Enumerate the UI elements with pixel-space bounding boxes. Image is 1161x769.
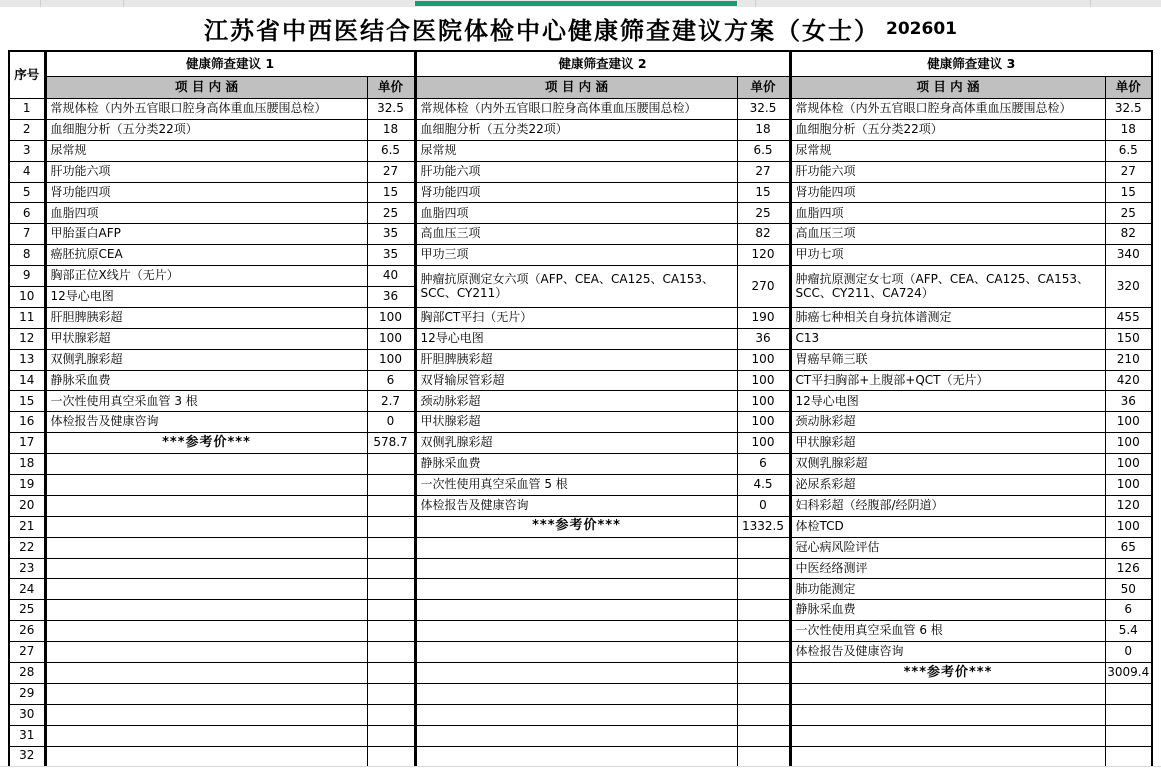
item-cell[interactable]: 冠心病风险评估	[790, 537, 1105, 558]
row-number[interactable]: 17	[9, 433, 45, 454]
price-cell[interactable]: 126	[1105, 558, 1152, 579]
reference-price-label[interactable]: ***参考价***	[45, 433, 367, 454]
price-cell[interactable]	[737, 621, 790, 642]
price-cell[interactable]	[367, 495, 415, 516]
price-cell[interactable]	[367, 600, 415, 621]
row-number[interactable]: 11	[9, 307, 45, 328]
price-cell[interactable]: 6.5	[367, 140, 415, 161]
item-cell[interactable]: 颈动脉彩超	[415, 391, 737, 412]
item-cell[interactable]	[415, 725, 737, 746]
row-number[interactable]: 7	[9, 224, 45, 245]
price-cell[interactable]: 15	[367, 182, 415, 203]
page-title-code: 202601	[886, 19, 957, 39]
sheet-title-row: 江苏省中西医结合医院体检中心健康筛查建议方案（女士） 202601	[0, 7, 1161, 50]
price-cell[interactable]: 100	[737, 391, 790, 412]
row-number[interactable]: 19	[9, 475, 45, 496]
item-cell[interactable]: 双侧乳腺彩超	[45, 349, 367, 370]
price-cell[interactable]: 120	[1105, 495, 1152, 516]
price-cell[interactable]: 320	[1105, 266, 1152, 308]
price-cell[interactable]: 36	[737, 328, 790, 349]
row-number[interactable]: 8	[9, 245, 45, 266]
price-cell[interactable]	[367, 746, 415, 767]
group1-price-header[interactable]: 单价	[367, 77, 415, 99]
item-cell[interactable]: 一次性使用真空采血管 6 根	[790, 621, 1105, 642]
price-cell[interactable]	[367, 725, 415, 746]
price-cell[interactable]: 15	[1105, 182, 1152, 203]
item-cell[interactable]: 常规体检（内外五官眼口腔身高体重血压腰围总检）	[790, 99, 1105, 120]
item-cell[interactable]: 12导心电图	[45, 287, 367, 308]
item-cell[interactable]: 甲功七项	[790, 245, 1105, 266]
item-cell[interactable]: 体检TCD	[790, 516, 1105, 537]
row-number[interactable]: 23	[9, 558, 45, 579]
price-cell[interactable]	[737, 704, 790, 725]
item-cell[interactable]	[415, 746, 737, 767]
reference-price-value[interactable]: 578.7	[367, 433, 415, 454]
item-cell[interactable]	[45, 495, 367, 516]
item-cell[interactable]: 常规体检（内外五官眼口腔身高体重血压腰围总检）	[415, 99, 737, 120]
row-number[interactable]: 31	[9, 725, 45, 746]
price-cell[interactable]: 25	[1105, 203, 1152, 224]
item-cell[interactable]: 妇科彩超（经腹部/经阴道）	[790, 495, 1105, 516]
reference-price-label[interactable]: ***参考价***	[790, 663, 1105, 684]
item-cell[interactable]: 甲状腺彩超	[45, 328, 367, 349]
row-number[interactable]: 4	[9, 161, 45, 182]
gridline-tick	[40, 0, 41, 7]
item-cell[interactable]	[45, 579, 367, 600]
reference-price-value[interactable]: 3009.4	[1105, 663, 1152, 684]
price-cell[interactable]	[737, 663, 790, 684]
item-cell[interactable]: 泌尿系彩超	[790, 475, 1105, 496]
price-cell[interactable]: 6.5	[737, 140, 790, 161]
price-cell[interactable]	[1105, 704, 1152, 725]
price-cell[interactable]	[737, 725, 790, 746]
item-cell[interactable]: 静脉采血费	[790, 600, 1105, 621]
price-cell[interactable]: 35	[367, 224, 415, 245]
item-cell[interactable]: 癌胚抗原CEA	[45, 245, 367, 266]
row-number[interactable]: 12	[9, 328, 45, 349]
item-cell[interactable]	[45, 600, 367, 621]
row-number[interactable]: 5	[9, 182, 45, 203]
item-cell[interactable]: 体检报告及健康咨询	[790, 642, 1105, 663]
item-cell[interactable]	[415, 537, 737, 558]
row-number[interactable]: 28	[9, 663, 45, 684]
item-cell[interactable]	[45, 663, 367, 684]
top-green-progress-bar	[415, 1, 737, 6]
item-cell[interactable]: 双肾输尿管彩超	[415, 370, 737, 391]
row-number[interactable]: 9	[9, 266, 45, 287]
price-cell[interactable]: 27	[367, 161, 415, 182]
item-cell[interactable]	[415, 600, 737, 621]
price-cell[interactable]: 0	[1105, 642, 1152, 663]
price-cell[interactable]: 100	[1105, 412, 1152, 433]
item-cell[interactable]: 血脂四项	[45, 203, 367, 224]
item-cell[interactable]	[790, 725, 1105, 746]
price-cell[interactable]: 100	[737, 433, 790, 454]
item-cell[interactable]	[45, 683, 367, 704]
price-cell[interactable]: 100	[367, 328, 415, 349]
price-cell[interactable]: 36	[1105, 391, 1152, 412]
item-cell[interactable]: 血细胞分析（五分类22项）	[45, 119, 367, 140]
price-cell[interactable]: 4.5	[737, 475, 790, 496]
row-number[interactable]: 13	[9, 349, 45, 370]
price-cell[interactable]: 32.5	[1105, 99, 1152, 120]
group2-price-header[interactable]: 单价	[737, 77, 790, 99]
price-cell[interactable]: 100	[367, 349, 415, 370]
price-cell[interactable]: 340	[1105, 245, 1152, 266]
price-cell[interactable]: 35	[367, 245, 415, 266]
price-cell[interactable]	[737, 642, 790, 663]
price-cell[interactable]	[367, 704, 415, 725]
price-cell[interactable]: 25	[367, 203, 415, 224]
item-cell[interactable]: 肿瘤抗原测定女七项（AFP、CEA、CA125、CA153、SCC、CY211、…	[790, 266, 1105, 308]
item-cell[interactable]: 尿常规	[45, 140, 367, 161]
row-number[interactable]: 30	[9, 704, 45, 725]
item-cell[interactable]: 静脉采血费	[415, 454, 737, 475]
item-cell[interactable]: 肾功能四项	[790, 182, 1105, 203]
price-cell[interactable]	[367, 663, 415, 684]
item-cell[interactable]: 双侧乳腺彩超	[790, 454, 1105, 475]
price-cell[interactable]: 82	[1105, 224, 1152, 245]
price-cell[interactable]	[367, 475, 415, 496]
price-cell[interactable]	[737, 558, 790, 579]
item-cell[interactable]: 常规体检（内外五官眼口腔身高体重血压腰围总检）	[45, 99, 367, 120]
item-cell[interactable]: 甲状腺彩超	[415, 412, 737, 433]
item-cell[interactable]: 肺功能测定	[790, 579, 1105, 600]
item-cell[interactable]: 体检报告及健康咨询	[415, 495, 737, 516]
item-cell[interactable]	[45, 558, 367, 579]
item-cell[interactable]	[45, 746, 367, 767]
item-cell[interactable]	[45, 454, 367, 475]
price-cell[interactable]: 6.5	[1105, 140, 1152, 161]
price-cell[interactable]: 0	[367, 412, 415, 433]
row-number[interactable]: 14	[9, 370, 45, 391]
group1-item-header[interactable]: 项 目 内 涵	[45, 77, 367, 99]
row-number[interactable]: 27	[9, 642, 45, 663]
item-cell[interactable]	[415, 642, 737, 663]
price-cell[interactable]	[367, 537, 415, 558]
price-cell[interactable]: 40	[367, 266, 415, 287]
price-cell[interactable]	[367, 621, 415, 642]
price-cell[interactable]: 420	[1105, 370, 1152, 391]
price-cell[interactable]: 32.5	[367, 99, 415, 120]
price-cell[interactable]: 150	[1105, 328, 1152, 349]
price-cell[interactable]: 6	[367, 370, 415, 391]
item-cell[interactable]: 肿瘤抗原测定女六项（AFP、CEA、CA125、CA153、SCC、CY211）	[415, 266, 737, 308]
row-number[interactable]: 1	[9, 99, 45, 120]
price-cell[interactable]	[1105, 746, 1152, 767]
price-cell[interactable]: 15	[737, 182, 790, 203]
gridline-tick	[755, 0, 756, 7]
item-cell[interactable]: 中医经络测评	[790, 558, 1105, 579]
item-cell[interactable]: 双侧乳腺彩超	[415, 433, 737, 454]
item-cell[interactable]: 高血压三项	[790, 224, 1105, 245]
item-cell[interactable]: 血细胞分析（五分类22项）	[790, 119, 1105, 140]
price-cell[interactable]: 6	[1105, 600, 1152, 621]
price-cell[interactable]: 18	[737, 119, 790, 140]
row-number[interactable]: 16	[9, 412, 45, 433]
item-cell[interactable]: 一次性使用真空采血管 5 根	[415, 475, 737, 496]
price-cell[interactable]: 6	[737, 454, 790, 475]
item-cell[interactable]: 肝功能六项	[45, 161, 367, 182]
page-title: 江苏省中西医结合医院体检中心健康筛查建议方案（女士）	[204, 11, 880, 46]
price-cell[interactable]	[367, 683, 415, 704]
item-cell[interactable]	[45, 725, 367, 746]
price-cell[interactable]	[737, 683, 790, 704]
item-cell[interactable]: 一次性使用真空采血管 3 根	[45, 391, 367, 412]
row-number[interactable]: 21	[9, 516, 45, 537]
price-cell[interactable]: 32.5	[737, 99, 790, 120]
item-cell[interactable]: 肝胆脾胰彩超	[415, 349, 737, 370]
price-cell[interactable]	[737, 600, 790, 621]
price-cell[interactable]: 100	[737, 370, 790, 391]
price-cell[interactable]	[367, 516, 415, 537]
item-cell[interactable]: 高血压三项	[415, 224, 737, 245]
item-cell[interactable]	[415, 683, 737, 704]
row-number[interactable]: 32	[9, 746, 45, 767]
item-cell[interactable]	[415, 704, 737, 725]
item-cell[interactable]: 肾功能四项	[415, 182, 737, 203]
price-cell[interactable]: 65	[1105, 537, 1152, 558]
group1-title[interactable]: 健康筛查建议 1	[45, 51, 415, 77]
price-cell[interactable]: 27	[1105, 161, 1152, 182]
item-cell[interactable]: 甲状腺彩超	[790, 433, 1105, 454]
item-cell[interactable]	[45, 704, 367, 725]
price-cell[interactable]: 100	[1105, 516, 1152, 537]
row-number[interactable]: 2	[9, 119, 45, 140]
price-cell[interactable]: 455	[1105, 307, 1152, 328]
price-cell[interactable]	[367, 454, 415, 475]
price-cell[interactable]: 0	[737, 495, 790, 516]
item-cell[interactable]	[45, 537, 367, 558]
price-cell[interactable]: 50	[1105, 579, 1152, 600]
price-cell[interactable]: 36	[367, 287, 415, 308]
item-cell[interactable]: 12导心电图	[790, 391, 1105, 412]
item-cell[interactable]: 肝胆脾胰彩超	[45, 307, 367, 328]
item-cell[interactable]: 颈动脉彩超	[790, 412, 1105, 433]
price-cell[interactable]: 120	[737, 245, 790, 266]
price-cell[interactable]	[367, 558, 415, 579]
price-cell[interactable]: 18	[367, 119, 415, 140]
item-cell[interactable]: 肝功能六项	[415, 161, 737, 182]
price-cell[interactable]	[367, 642, 415, 663]
item-cell[interactable]: 甲功三项	[415, 245, 737, 266]
item-cell[interactable]	[45, 516, 367, 537]
row-number[interactable]: 24	[9, 579, 45, 600]
price-cell[interactable]: 82	[737, 224, 790, 245]
item-cell[interactable]: 胸部正位X线片（无片）	[45, 266, 367, 287]
price-cell[interactable]: 100	[1105, 454, 1152, 475]
price-cell[interactable]: 25	[737, 203, 790, 224]
row-number[interactable]: 20	[9, 495, 45, 516]
item-cell[interactable]: 静脉采血费	[45, 370, 367, 391]
price-cell[interactable]: 190	[737, 307, 790, 328]
reference-price-value[interactable]: 1332.5	[737, 516, 790, 537]
group3-item-header[interactable]: 项 目 内 涵	[790, 77, 1105, 99]
item-cell[interactable]: 血脂四项	[415, 203, 737, 224]
item-cell[interactable]	[790, 704, 1105, 725]
price-cell[interactable]: 27	[737, 161, 790, 182]
price-cell[interactable]: 18	[1105, 119, 1152, 140]
item-cell[interactable]: 体检报告及健康咨询	[45, 412, 367, 433]
item-cell[interactable]	[45, 642, 367, 663]
item-cell[interactable]	[415, 579, 737, 600]
item-cell[interactable]: 胸部CT平扫（无片）	[415, 307, 737, 328]
item-cell[interactable]	[790, 746, 1105, 767]
row-number[interactable]: 10	[9, 287, 45, 308]
gridline-tick	[1090, 0, 1091, 7]
item-cell[interactable]	[45, 475, 367, 496]
price-cell[interactable]: 5.4	[1105, 621, 1152, 642]
row-number[interactable]: 6	[9, 203, 45, 224]
item-cell[interactable]: 肝功能六项	[790, 161, 1105, 182]
gridline-tick	[123, 0, 124, 7]
price-cell[interactable]	[1105, 725, 1152, 746]
item-cell[interactable]: 尿常规	[415, 140, 737, 161]
price-cell[interactable]: 2.7	[367, 391, 415, 412]
item-cell[interactable]	[415, 558, 737, 579]
price-cell[interactable]: 210	[1105, 349, 1152, 370]
group2-title[interactable]: 健康筛查建议 2	[415, 51, 790, 77]
item-cell[interactable]: C13	[790, 328, 1105, 349]
row-number[interactable]: 25	[9, 600, 45, 621]
price-cell[interactable]	[737, 746, 790, 767]
screening-plan-table: 序号 健康筛查建议 1 健康筛查建议 2 健康筛查建议 3 项 目 内 涵 单价…	[8, 50, 1153, 768]
row-number[interactable]: 18	[9, 454, 45, 475]
row-number[interactable]: 26	[9, 621, 45, 642]
price-cell[interactable]: 100	[1105, 475, 1152, 496]
item-cell[interactable]: 胃癌早筛三联	[790, 349, 1105, 370]
price-cell[interactable]: 270	[737, 266, 790, 308]
item-cell[interactable]: 血脂四项	[790, 203, 1105, 224]
serial-column-header[interactable]: 序号	[9, 51, 45, 99]
price-cell[interactable]	[737, 537, 790, 558]
price-cell[interactable]: 100	[367, 307, 415, 328]
price-cell[interactable]: 100	[1105, 433, 1152, 454]
row-number[interactable]: 29	[9, 683, 45, 704]
group3-title[interactable]: 健康筛查建议 3	[790, 51, 1152, 77]
row-number[interactable]: 3	[9, 140, 45, 161]
row-number[interactable]: 22	[9, 537, 45, 558]
group2-item-header[interactable]: 项 目 内 涵	[415, 77, 737, 99]
item-cell[interactable]	[415, 621, 737, 642]
item-cell[interactable]: 肾功能四项	[45, 182, 367, 203]
group3-price-header[interactable]: 单价	[1105, 77, 1152, 99]
item-cell[interactable]: 肺癌七种相关自身抗体谱测定	[790, 307, 1105, 328]
item-cell[interactable]: 12导心电图	[415, 328, 737, 349]
item-cell[interactable]: 尿常规	[790, 140, 1105, 161]
item-cell[interactable]	[790, 683, 1105, 704]
price-cell[interactable]	[737, 579, 790, 600]
price-cell[interactable]: 100	[737, 349, 790, 370]
item-cell[interactable]	[45, 621, 367, 642]
price-cell[interactable]	[1105, 683, 1152, 704]
item-cell[interactable]: 甲胎蛋白AFP	[45, 224, 367, 245]
item-cell[interactable]	[415, 663, 737, 684]
row-number[interactable]: 15	[9, 391, 45, 412]
price-cell[interactable]: 100	[737, 412, 790, 433]
price-cell[interactable]	[367, 579, 415, 600]
item-cell[interactable]: 血细胞分析（五分类22项）	[415, 119, 737, 140]
reference-price-label[interactable]: ***参考价***	[415, 516, 737, 537]
item-cell[interactable]: CT平扫胸部+上腹部+QCT（无片）	[790, 370, 1105, 391]
